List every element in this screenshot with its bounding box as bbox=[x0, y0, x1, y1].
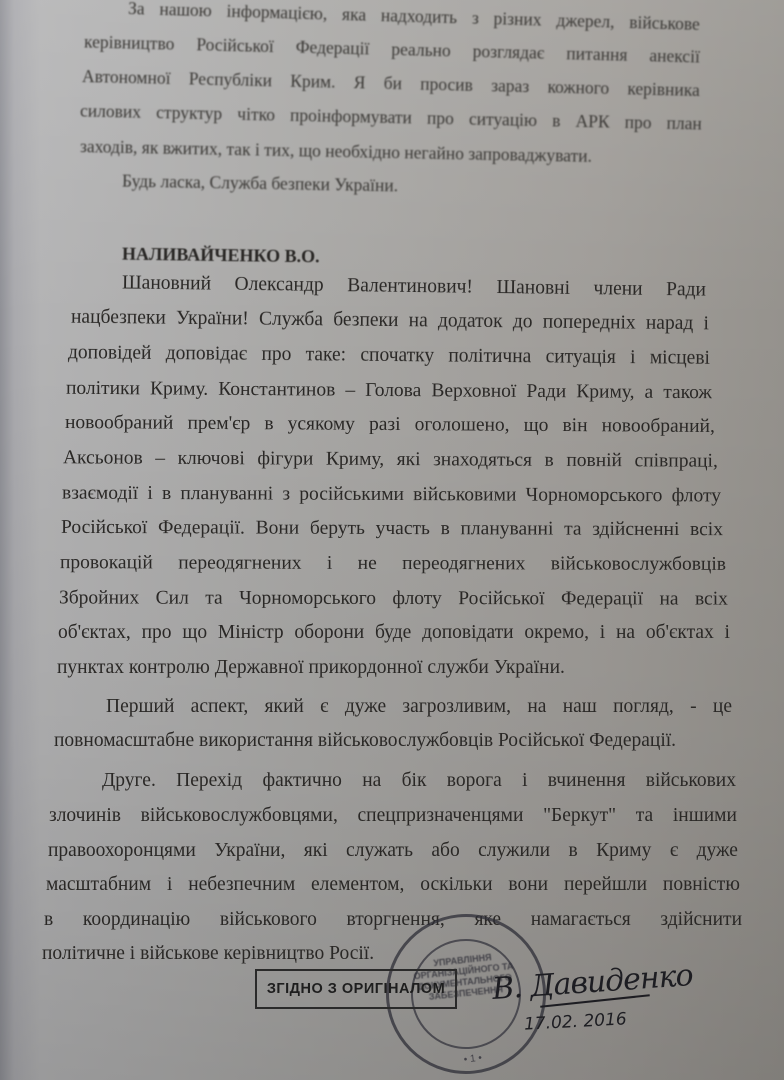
speech-p3-line-5: вкоординаціювійськовоговторгнення,якенам… bbox=[44, 909, 742, 931]
word: об'єктах, bbox=[58, 622, 131, 644]
speech-line-7: взаємодіїівплануваннізросійськимивійсько… bbox=[62, 483, 721, 508]
speech-line-5: новообранийпрем'єрвусякомуразіоголошено,… bbox=[65, 412, 715, 438]
word: а bbox=[644, 382, 653, 404]
word: на bbox=[616, 622, 635, 644]
word: яка bbox=[342, 3, 367, 26]
word: Шановні bbox=[496, 277, 570, 300]
word: чітко bbox=[237, 103, 275, 126]
intro-line-2: керівництвоРосійськоїФедераціїреальнороз… bbox=[84, 30, 700, 67]
word: також bbox=[663, 382, 712, 404]
word: і bbox=[327, 553, 332, 575]
word: про bbox=[624, 111, 651, 134]
word: провокацій bbox=[60, 552, 153, 574]
word: Сил bbox=[156, 588, 189, 610]
word: Служба bbox=[259, 309, 323, 332]
word: Валентинович! bbox=[347, 275, 473, 299]
word: інформацією, bbox=[226, 0, 327, 25]
word: і bbox=[703, 313, 709, 335]
word: силових bbox=[80, 99, 141, 122]
word: і bbox=[147, 483, 153, 505]
intro-text: заходів, як вжитих, так і тих, що необхі… bbox=[80, 135, 592, 167]
speech-line-10: ЗбройнихСилтаЧорноморськогофлотуРосійськ… bbox=[59, 587, 728, 610]
word: погляд, bbox=[613, 696, 674, 718]
word: Я bbox=[354, 71, 366, 93]
word: разі bbox=[369, 414, 401, 436]
word: об'єктах bbox=[646, 622, 714, 644]
word: флоту bbox=[672, 485, 721, 507]
speaker-name-text: НАЛИВАЙЧЕНКО В.О. bbox=[122, 243, 320, 268]
word: Федерації bbox=[561, 588, 643, 610]
word: Республіки bbox=[189, 67, 273, 91]
word: нарад bbox=[646, 313, 694, 335]
word: безпеки bbox=[333, 309, 398, 332]
speech-text: повномасштабне використання військовослу… bbox=[54, 730, 676, 752]
word: АРК bbox=[575, 110, 610, 133]
word: оскільки bbox=[420, 874, 492, 896]
speech-p3-line-3: правоохоронцямиУкраїни,якіслужатьабослуж… bbox=[48, 840, 738, 862]
speech-text: пунктах контролю Державної прикордонної … bbox=[57, 657, 565, 679]
word: політична bbox=[448, 346, 531, 369]
word: військове bbox=[629, 11, 700, 35]
word: Друге. bbox=[102, 770, 156, 792]
word: нацбезпеки bbox=[71, 307, 166, 330]
word: повній bbox=[566, 450, 622, 472]
word: Константинов bbox=[218, 379, 335, 402]
word: та bbox=[636, 805, 653, 827]
word: військових bbox=[646, 770, 736, 792]
word: які bbox=[304, 840, 328, 862]
word: політики bbox=[66, 378, 140, 401]
certification-date: 17.02. 2016 bbox=[524, 1009, 628, 1034]
word: наш bbox=[563, 696, 597, 718]
word: військовослужбовців bbox=[551, 553, 726, 575]
word: та bbox=[205, 588, 222, 610]
word: що bbox=[182, 622, 207, 644]
word: Перехід bbox=[176, 770, 242, 792]
word: Олександр bbox=[234, 274, 323, 297]
word: загрозливим, bbox=[402, 696, 511, 718]
word: та bbox=[564, 519, 581, 541]
word: України! bbox=[176, 308, 249, 331]
speech-line-8: РосійськоїФедерації.Вониберутьучастьвпла… bbox=[61, 517, 723, 541]
word: Російської bbox=[196, 33, 274, 57]
word: злочинів bbox=[49, 805, 121, 827]
word: ситуацію bbox=[469, 108, 538, 131]
speech-line-6: Аксьонов–ключовіфігуриКриму,якізнаходять… bbox=[63, 447, 718, 472]
word: розглядає bbox=[472, 40, 544, 64]
speech-line-3: доповідейдоповідаєпротаке:спочаткуполіти… bbox=[68, 342, 710, 370]
word: і bbox=[167, 874, 172, 896]
word: і bbox=[630, 347, 636, 369]
word: беруть bbox=[310, 518, 365, 540]
word: бік bbox=[402, 770, 427, 792]
word: оголошено, bbox=[415, 414, 510, 437]
word: і bbox=[600, 622, 605, 644]
word: перейшли bbox=[564, 874, 647, 896]
word: намагається bbox=[531, 909, 631, 931]
word: питання bbox=[566, 42, 628, 65]
word: Федерації. bbox=[158, 517, 245, 539]
word: Російської bbox=[61, 517, 147, 539]
speech-p3-line-2: злочиніввійськовослужбовцями,спецпризнач… bbox=[49, 805, 737, 827]
word: переодягнених bbox=[178, 552, 301, 574]
word: Федерації bbox=[295, 36, 369, 60]
word: Криму, bbox=[326, 449, 384, 471]
word: що bbox=[524, 415, 549, 437]
word: Вони bbox=[256, 518, 300, 540]
word: є bbox=[320, 696, 328, 718]
word: надходить bbox=[381, 4, 458, 28]
word: За bbox=[128, 0, 145, 19]
word: – bbox=[155, 448, 165, 470]
word: Шановний bbox=[122, 272, 211, 295]
word: всіх bbox=[690, 519, 723, 541]
word: усякому bbox=[288, 413, 355, 435]
word: які bbox=[397, 449, 421, 471]
word: – bbox=[345, 380, 355, 402]
word: Криму. bbox=[150, 378, 208, 400]
word: ключові bbox=[178, 448, 245, 470]
word: на bbox=[362, 770, 381, 792]
word: ситуація bbox=[545, 346, 616, 369]
intro-line-3: АвтономноїРеспублікиКрим.Ябипросивзаразк… bbox=[82, 65, 700, 101]
word: доповідей bbox=[68, 342, 152, 365]
word: про bbox=[427, 107, 454, 130]
word: Аксьонов bbox=[63, 447, 143, 469]
speech-line-2: нацбезпекиУкраїни!Службабезпекинадодаток… bbox=[71, 307, 709, 336]
word: співпраці, bbox=[635, 450, 718, 472]
word: всіх bbox=[695, 589, 728, 611]
word: про bbox=[142, 622, 172, 644]
word: новообраний bbox=[65, 412, 174, 435]
intro-line-4: силовихструктурчіткопроінформуватипросит… bbox=[80, 99, 702, 134]
word: спецпризначенцями bbox=[358, 805, 524, 827]
word: або bbox=[431, 840, 459, 862]
word: доповідати bbox=[422, 622, 514, 644]
speech-line-9: провокаційпереодягненихінепереодягненихв… bbox=[60, 552, 726, 576]
word: це bbox=[713, 696, 732, 718]
word: Чорноморського bbox=[239, 588, 376, 610]
stamp-label: ЗГІДНО З ОРИГІНАЛОМ bbox=[267, 981, 445, 997]
speech-text: політичне і військове керівництво Росії. bbox=[42, 943, 374, 965]
word: плануванні bbox=[460, 518, 553, 540]
word: вчинення bbox=[548, 770, 626, 792]
word: зараз bbox=[491, 74, 530, 97]
word: в bbox=[264, 413, 273, 435]
word: флоту bbox=[392, 588, 441, 610]
word: структур bbox=[156, 101, 223, 124]
word: знаходяться bbox=[433, 449, 532, 472]
word: таке: bbox=[306, 344, 347, 366]
word: Криму bbox=[596, 840, 651, 862]
word: служать bbox=[346, 840, 413, 862]
word: додаток bbox=[438, 311, 503, 334]
word: і bbox=[725, 622, 730, 644]
word: в bbox=[441, 518, 450, 540]
word: Ради bbox=[526, 381, 566, 403]
word: спочатку bbox=[360, 345, 434, 368]
word: на bbox=[659, 588, 678, 610]
word: військовими bbox=[413, 484, 516, 506]
word: анексії bbox=[649, 44, 700, 67]
word: взаємодії bbox=[62, 483, 138, 505]
word: аспект, bbox=[191, 696, 249, 718]
word: в bbox=[162, 483, 171, 505]
word: військового bbox=[220, 909, 317, 931]
word: керівника bbox=[627, 77, 700, 101]
intro-closing-text: Будь ласка, Служба безпеки України. bbox=[122, 170, 398, 197]
word: в bbox=[568, 840, 577, 862]
word: би bbox=[383, 72, 402, 94]
word: план bbox=[666, 112, 702, 135]
intro-closing: Будь ласка, Служба безпеки України. bbox=[122, 170, 398, 197]
word: Криму, bbox=[576, 381, 634, 403]
speaker-name: НАЛИВАЙЧЕНКО В.О. bbox=[122, 243, 320, 268]
word: він bbox=[562, 415, 587, 437]
speech-line-1: ШановнийОлександрВалентинович!Шановнічле… bbox=[122, 272, 706, 301]
word: окремо, bbox=[524, 622, 589, 644]
certified-copy-stamp: ЗГІДНО З ОРИГІНАЛОМ bbox=[255, 969, 457, 1009]
word: Крим. bbox=[290, 70, 336, 93]
word: керівництво bbox=[84, 30, 175, 54]
word: є bbox=[670, 840, 678, 862]
speech-p3-line-1: Друге.Перехідфактичнонабікворогаівчиненн… bbox=[102, 770, 736, 792]
word: з bbox=[282, 484, 290, 506]
intro-line-1: Занашоюінформацією,яканадходитьзрізнихдж… bbox=[128, 0, 700, 35]
word: попередніх bbox=[543, 312, 636, 335]
speech-p2-line-1: Першийаспект,якийєдужезагрозливим,нанашп… bbox=[106, 696, 732, 718]
word: місцеві bbox=[650, 347, 710, 370]
word: правоохоронцями bbox=[48, 840, 196, 862]
word: "Беркут" bbox=[543, 805, 616, 827]
word: служили bbox=[478, 840, 550, 862]
word: який bbox=[265, 696, 304, 718]
word: новообраний, bbox=[602, 415, 715, 438]
speech-line-4: політикиКриму.Константинов–ГоловаВерховн… bbox=[66, 378, 712, 405]
word: переодягнених bbox=[402, 553, 525, 575]
word: участь bbox=[376, 518, 430, 540]
word: на bbox=[527, 696, 546, 718]
word: повністю bbox=[663, 874, 740, 896]
word: з bbox=[472, 7, 480, 29]
word: елементом, bbox=[311, 874, 404, 896]
word: Автономної bbox=[82, 65, 171, 89]
word: Російської bbox=[458, 588, 544, 610]
word: Голова bbox=[365, 380, 421, 402]
word: фактично bbox=[262, 770, 341, 792]
word: реально bbox=[391, 38, 451, 61]
word: кожного bbox=[547, 76, 609, 99]
word: Збройних bbox=[59, 587, 139, 609]
word: України, bbox=[214, 840, 285, 862]
word: Перший bbox=[106, 696, 174, 718]
word: Ради bbox=[666, 279, 706, 301]
word: вони bbox=[508, 874, 548, 896]
word: не bbox=[358, 553, 377, 575]
word: плануванні bbox=[180, 483, 273, 505]
word: небезпечним bbox=[188, 874, 295, 896]
word: члени bbox=[593, 278, 642, 301]
word: джерел, bbox=[556, 9, 615, 33]
word: російськими bbox=[299, 484, 404, 506]
word: доповідає bbox=[166, 343, 248, 366]
word: буде bbox=[375, 622, 411, 644]
speech-p2-line-2: повномасштабне використання військовослу… bbox=[54, 730, 676, 752]
speech-line-12: пунктах контролю Державної прикордонної … bbox=[57, 657, 565, 679]
speech-line-11: об'єктах,прощоМіністроборонибудедоповіда… bbox=[58, 622, 730, 644]
word: дуже bbox=[697, 840, 738, 862]
word: координацію bbox=[83, 909, 190, 931]
word: різних bbox=[493, 7, 542, 30]
word: масштабним bbox=[46, 874, 151, 896]
word: - bbox=[690, 696, 697, 718]
word: здійснити bbox=[660, 909, 742, 931]
word: в bbox=[44, 909, 53, 931]
seal-number: • 1 • bbox=[396, 1046, 550, 1073]
word: фігури bbox=[257, 448, 313, 470]
word: в bbox=[552, 109, 561, 131]
word: оборони bbox=[294, 622, 364, 644]
word: нашою bbox=[159, 0, 212, 21]
word: Чорноморського bbox=[526, 485, 663, 508]
word: проінформувати bbox=[290, 104, 412, 129]
word: іншими bbox=[673, 805, 737, 827]
word: до bbox=[513, 311, 533, 333]
word: і bbox=[522, 770, 527, 792]
word: про bbox=[261, 344, 291, 366]
word: просив bbox=[420, 73, 473, 96]
word: дуже bbox=[345, 696, 386, 718]
word: прем'єр bbox=[187, 413, 250, 435]
word: здійсненні bbox=[592, 519, 679, 541]
word: військовослужбовцями, bbox=[141, 805, 338, 827]
speech-p3-line-4: масштабнимінебезпечнимелементом,оскільки… bbox=[46, 874, 740, 896]
word: Верховної bbox=[431, 380, 516, 403]
word: в bbox=[545, 450, 554, 472]
speech-p3-line-6: політичне і військове керівництво Росії. bbox=[42, 943, 374, 965]
word: Міністр bbox=[218, 622, 284, 644]
intro-line-5: заходів, як вжитих, так і тих, що необхі… bbox=[80, 135, 592, 167]
word: на bbox=[409, 310, 428, 332]
word: ворога bbox=[447, 770, 502, 792]
